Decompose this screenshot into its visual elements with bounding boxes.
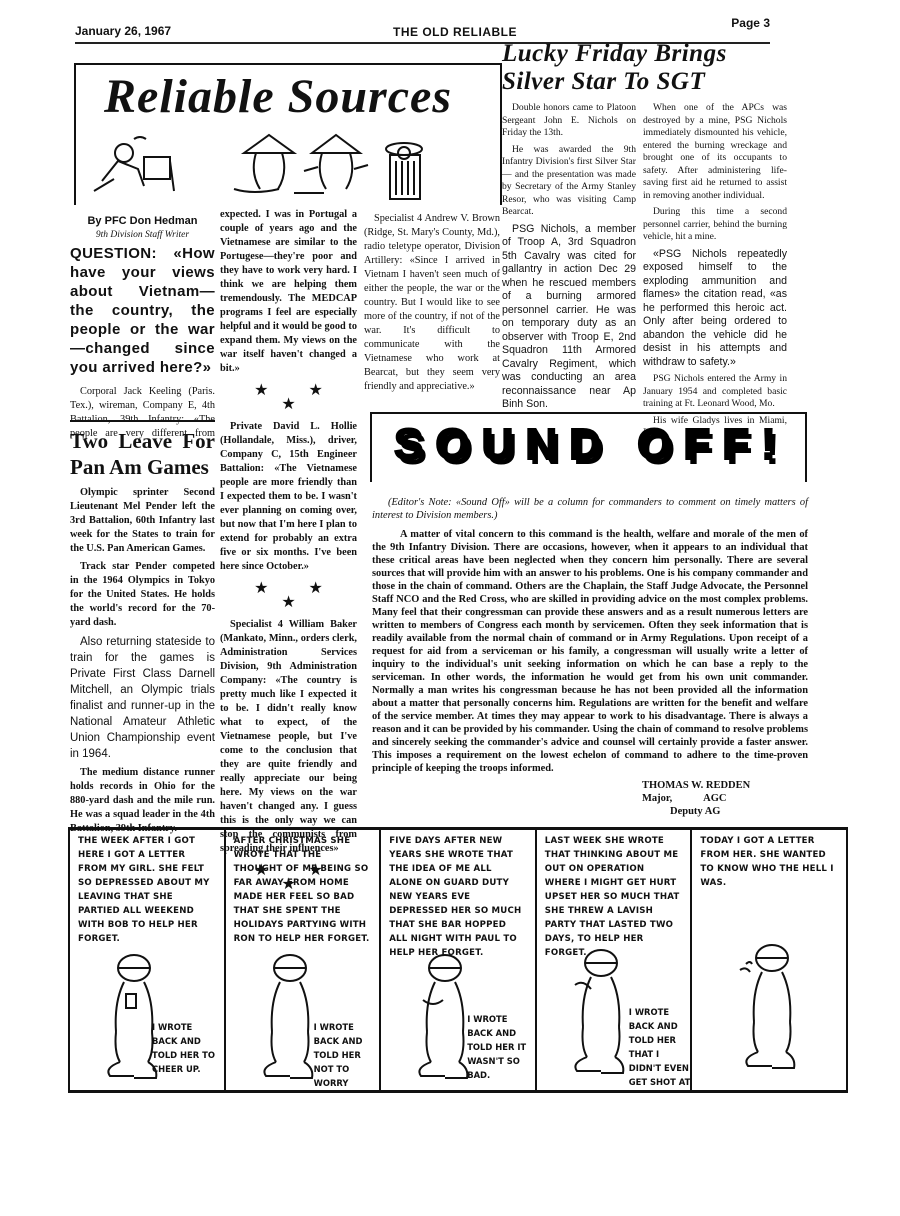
- reliable-sources-column-3: Specialist 4 Andrew V. Brown (Ridge, St.…: [364, 212, 500, 398]
- panel-caption: Five days after New Years she wrote that…: [389, 834, 527, 960]
- byline: By PFC Don Hedman: [70, 214, 215, 228]
- article-paragraph: Double honors came to Platoon Sergeant J…: [502, 102, 636, 140]
- star-separator-icon: ★ ★ ★: [238, 384, 357, 412]
- panel-reply: I wrote back and told her to cheer up.: [152, 1020, 218, 1076]
- panel-caption: Today I got a letter from her. She wante…: [700, 834, 838, 890]
- sound-off-body: A matter of vital concern to this comman…: [372, 528, 808, 775]
- panel-reply: I wrote back and told her it wasn't so b…: [467, 1012, 533, 1082]
- comic-panel-3: Five days after New Years she wrote that…: [381, 830, 537, 1090]
- silver-star-column-2: When one of the APCs was destroyed by a …: [643, 102, 787, 444]
- article-paragraph: He was awarded the 9th Infantry Division…: [502, 144, 636, 219]
- paper-name: THE OLD RELIABLE: [393, 25, 517, 39]
- response-hollie: Private David L. Hollie (Hollandale, Mis…: [220, 420, 357, 574]
- pan-am-article: Two Leave For Pan Am Games Olympic sprin…: [70, 420, 215, 840]
- article-paragraph: The medium distance runner holds records…: [70, 766, 215, 836]
- comic-panel-1: The week after I got here I got a letter…: [70, 830, 226, 1090]
- response-brown: Specialist 4 Andrew V. Brown (Ridge, St.…: [364, 212, 500, 394]
- comic-strip: The week after I got here I got a letter…: [68, 827, 848, 1093]
- article-paragraph: Also returning stateside to train for th…: [70, 634, 215, 762]
- article-paragraph: Track star Pender competed in the 1964 O…: [70, 560, 215, 630]
- survey-question: QUESTION: «How have your views about Vie…: [70, 244, 215, 377]
- reliable-sources-column-1: By PFC Don Hedman 9th Division Staff Wri…: [70, 214, 215, 445]
- sound-off-column: (Editor's Note: «Sound Off» will be a co…: [372, 496, 808, 818]
- issue-date: January 26, 1967: [75, 24, 171, 38]
- article-paragraph: During this time a second personnel carr…: [643, 206, 787, 244]
- comic-panel-2: After Christmas she wrote that the thoug…: [226, 830, 382, 1090]
- signature-title: Deputy AG: [670, 805, 808, 818]
- panel-caption: After Christmas she wrote that the thoug…: [234, 834, 372, 946]
- signature-block: THOMAS W. REDDEN Major, AGC Deputy AG: [642, 779, 808, 818]
- reliable-sources-banner: Reliable Sources: [74, 63, 502, 205]
- sound-off-title: SOUND OFF!: [394, 420, 788, 470]
- panel-reply: I wrote back and told her not to worry: [314, 1020, 376, 1090]
- byline-title: 9th Division Staff Writer: [70, 228, 215, 242]
- article-paragraph: «PSG Nichols repeatedly exposed himself …: [643, 248, 787, 370]
- response-keeling-continued: expected. I was in Portugal a couple of …: [220, 208, 357, 376]
- panel-caption: Last week she wrote that thinking about …: [545, 834, 683, 960]
- comic-panel-5: Today I got a letter from her. She wante…: [692, 830, 846, 1090]
- silver-star-headline: Lucky Friday Brings Silver Star To SGT: [502, 40, 777, 96]
- response-baker: Specialist 4 William Baker (Mankato, Min…: [220, 618, 357, 856]
- soldier-figure-icon: [732, 940, 812, 1075]
- silver-star-column-1: Double honors came to Platoon Sergeant J…: [502, 102, 636, 416]
- article-paragraph: PSG Nichols, a member of Troop A, 3rd Sq…: [502, 223, 636, 412]
- signature-rank: Major, AGC: [642, 792, 808, 805]
- panel-caption: The week after I got here I got a letter…: [78, 834, 216, 946]
- star-separator-icon: ★ ★ ★: [238, 582, 357, 610]
- sound-off-banner: SOUND OFF!: [370, 412, 807, 482]
- article-paragraph: PSG Nichols entered the Army in January …: [643, 373, 787, 411]
- article-paragraph: Olympic sprinter Second Lieutenant Mel P…: [70, 486, 215, 556]
- section-divider: [70, 420, 215, 422]
- article-paragraph: When one of the APCs was destroyed by a …: [643, 102, 787, 202]
- banner-cartoon-illustration-icon: [84, 131, 494, 203]
- reliable-sources-title: Reliable Sources: [104, 69, 452, 124]
- pan-am-headline: Two Leave For Pan Am Games: [70, 428, 215, 480]
- panel-reply: I wrote back and told her that I didn't …: [629, 1005, 693, 1089]
- signature-name: THOMAS W. REDDEN: [642, 779, 808, 792]
- page-number: Page 3: [731, 16, 770, 30]
- editors-note: (Editor's Note: «Sound Off» will be a co…: [372, 496, 808, 522]
- reliable-sources-column-2: expected. I was in Portugal a couple of …: [220, 208, 357, 900]
- comic-panel-4: Last week she wrote that thinking about …: [537, 830, 693, 1090]
